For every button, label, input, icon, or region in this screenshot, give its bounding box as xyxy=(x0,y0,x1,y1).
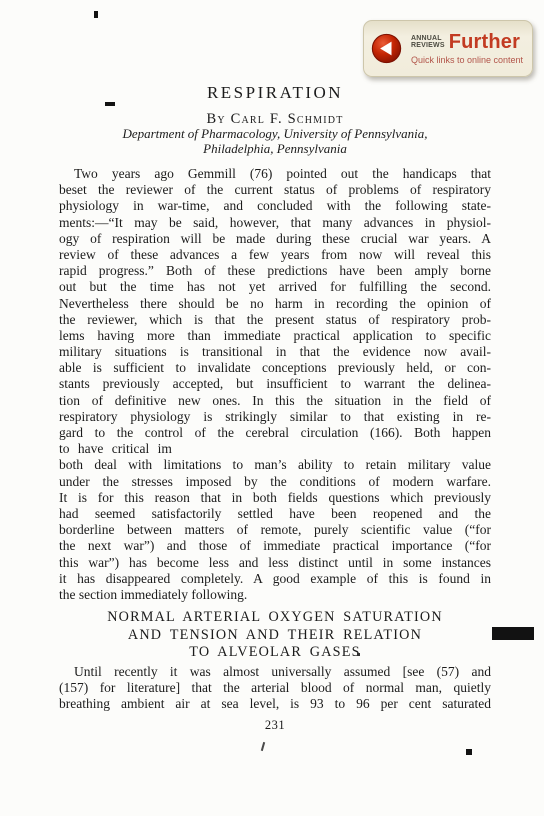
badge-annual-label: ANNUAL xyxy=(411,35,445,43)
text-line: ments:—“It may be said, however, that ma… xyxy=(59,215,491,231)
scan-artifact-square xyxy=(466,749,472,755)
further-back-arrow-icon xyxy=(371,33,402,64)
text-line: beset the reviewer of the current status… xyxy=(59,182,491,198)
text-line: physiology in war-time, and concluded wi… xyxy=(59,198,491,214)
scan-artifact-margin-bar xyxy=(492,627,534,640)
scan-artifact-tick xyxy=(94,11,98,18)
text-line: the next war”) and those of immediate pr… xyxy=(59,538,491,554)
text-line: borderline between matters of remote, pu… xyxy=(59,522,491,538)
text-line-truncated: to have critical im xyxy=(59,441,491,457)
annual-reviews-further-badge[interactable]: ANNUAL REVIEWS Further Quick links to on… xyxy=(363,20,533,77)
text-line: the section immediately following. xyxy=(59,587,491,603)
section-heading-line-3: TO ALVEOLAR GASES xyxy=(59,644,491,662)
badge-reviews-label: REVIEWS xyxy=(411,42,445,50)
text-line: gard to the control of the cerebral circ… xyxy=(59,425,491,441)
text-line: (157) for literature] that the arterial … xyxy=(59,680,491,696)
article-title: RESPIRATION xyxy=(59,83,491,103)
author-affiliation: Department of Pharmacology, University o… xyxy=(59,127,491,156)
text-line: out but the time has not yet arrived for… xyxy=(59,279,491,295)
text-line: Until recently it was almost universally… xyxy=(59,664,491,680)
body-paragraph-1: Two years ago Gemmill (76) pointed out t… xyxy=(59,166,491,603)
scan-artifact-dash xyxy=(105,102,115,106)
text-line: review of these advances a few years fro… xyxy=(59,247,491,263)
text-line: lems having more than immediate practica… xyxy=(59,328,491,344)
text-line: both deal with limitations to man’s abil… xyxy=(59,457,491,473)
section-heading-line-2: AND TENSION AND THEIR RELATION xyxy=(59,627,491,645)
scan-artifact-slash xyxy=(261,742,265,751)
text-line: this war”) has become less and less dist… xyxy=(59,555,491,571)
section-heading-line-1: NORMAL ARTERIAL OXYGEN SATURATION xyxy=(59,609,491,627)
text-line: military situations is transitional in t… xyxy=(59,344,491,360)
affiliation-line-1: Department of Pharmacology, University o… xyxy=(59,127,491,142)
scan-artifact-dot xyxy=(357,653,360,656)
page-number: 231 xyxy=(59,718,491,733)
text-line: rapid progress.” Both of these predictio… xyxy=(59,263,491,279)
text-line: breathing ambient air at sea level, is 9… xyxy=(59,696,491,712)
text-line: the reviewer, which is that the present … xyxy=(59,312,491,328)
annual-reviews-logo-text: ANNUAL REVIEWS xyxy=(411,35,445,50)
text-line: it has disappeared completely. A good ex… xyxy=(59,571,491,587)
text-line: ogy of respiration will be made during t… xyxy=(59,231,491,247)
text-line: Two years ago Gemmill (76) pointed out t… xyxy=(59,166,491,182)
body-paragraph-2: Until recently it was almost universally… xyxy=(59,664,491,713)
text-line: under the stresses imposed by the condit… xyxy=(59,474,491,490)
text-line: Nevertheless there should be no harm in … xyxy=(59,296,491,312)
text-line: had seemed satisfactorily settled have b… xyxy=(59,506,491,522)
badge-text-block: ANNUAL REVIEWS Further Quick links to on… xyxy=(411,32,523,65)
text-line: tion of definitive new ones. In this the… xyxy=(59,393,491,409)
badge-tagline: Quick links to online content xyxy=(411,55,523,65)
section-heading: NORMAL ARTERIAL OXYGEN SATURATION AND TE… xyxy=(59,609,491,662)
text-line: respiratory physiology is strikingly sim… xyxy=(59,409,491,425)
text-line: stants previously accepted, but insuffic… xyxy=(59,376,491,392)
text-line: It is for this reason that in both field… xyxy=(59,490,491,506)
text-line: able is sufficient to invalidate concept… xyxy=(59,360,491,376)
affiliation-line-2: Philadelphia, Pennsylvania xyxy=(59,142,491,157)
badge-further-label: Further xyxy=(449,32,520,52)
